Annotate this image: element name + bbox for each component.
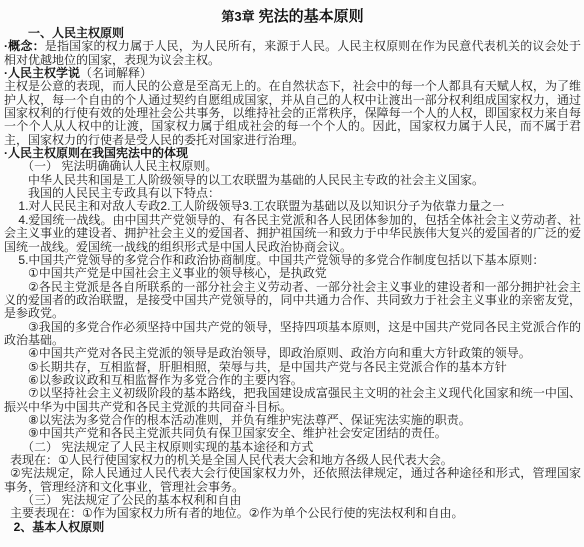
principle-item-9: ⑨中国共产党和各民主党派共同负有保卫国家安全、维护社会安定团结的责任。 bbox=[4, 427, 581, 440]
feature-items-1-3: 1.对人民民主和对敌人专政2.工人阶级领导3.工农联盟为基础以及以知识分子为依靠… bbox=[4, 200, 581, 213]
text-run: ·概念： bbox=[4, 39, 45, 53]
sub-heading-2: （二） 宪法规定了人民主权原则实现的基本途径和方式 bbox=[4, 441, 581, 454]
text-run: 2、基本人权原则 bbox=[14, 520, 105, 534]
concept-definition: ·概念：是指国家的权力属于人民，为人民所有，来源于人民。人民主权原则在作为民意代… bbox=[4, 40, 581, 67]
text-run: 1.对人民民主和对敌人专政2.工人阶级领导3.工农联盟为基础以及以知识分子为依靠… bbox=[18, 199, 504, 213]
text-run: ②宪法规定，除人民通过人民代表大会行使国家权力外，还依照法律规定，通过各种途径和… bbox=[4, 466, 581, 493]
principle-item-2: ②各民主党派是各自所联系的一部分社会主义劳动者、一部分社会主义事业的建设者和一部… bbox=[4, 281, 581, 321]
text-run: 表现在：①人民行使国家权力的机关是全国人民代表大会和地方各级人民代表大会。 bbox=[10, 453, 453, 467]
text-run: 一、人民主权原则 bbox=[28, 26, 124, 40]
text-run: 4.爱国统一战线。由中国共产党领导的、有各民主党派和各人民团体参加的，包括全体社… bbox=[4, 213, 581, 254]
text-run: 中华人民共和国是工人阶级领导的以工农联盟为基础的人民民主专政的社会主义国家。 bbox=[28, 173, 484, 187]
text-run: ①中国共产党是中国社会主义事业的领导核心，是执政党 bbox=[28, 266, 327, 280]
ways-item-2: ②宪法规定，除人民通过人民代表大会行使国家权力外，还依照法律规定，通过各种途径和… bbox=[4, 467, 581, 494]
rights-summary: 主要表现在：①作为国家权力所有者的地位。②作为单个公民行使的宪法权利和自由。 bbox=[4, 507, 581, 520]
text-run: ·人民主权学说 bbox=[4, 66, 80, 80]
principle-item-7: ⑦以坚持社会主义初级阶段的基本路线，把我国建设成富强民主文明的社会主义现代化国家… bbox=[4, 387, 581, 414]
sovereignty-theory-body: 主权是公意的表现，而人民的公意是至高无上的。在自然状态下，社会中的每一个人都具有… bbox=[4, 80, 581, 147]
text-run: ⑤长期共存，互相监督，肝胆相照，荣辱与共，是中国共产党与各民主党派合作的基本方针 bbox=[28, 360, 507, 374]
text-run: 是指国家的权力属于人民，为人民所有，来源于人民。人民主权原则在作为民意代表机关的… bbox=[4, 39, 581, 66]
chapter-number: 第3章 bbox=[221, 9, 254, 24]
text-run: ③我国的多党合作必须坚持中国共产党的领导，坚持四项基本原则，这是中国共产党同各民… bbox=[4, 320, 581, 347]
chapter-title-text: 宪法的基本原则 bbox=[259, 8, 364, 25]
text-run: ⑦以坚持社会主义初级阶段的基本路线，把我国建设成富强民主文明的社会主义现代化国家… bbox=[4, 386, 581, 413]
text-run: 主要表现在：①作为国家权力所有者的地位。②作为单个公民行使的宪法权利和自由。 bbox=[10, 506, 464, 520]
document-body: 一、人民主权原则·概念：是指国家的权力属于人民，为人民所有，来源于人民。人民主权… bbox=[4, 27, 581, 534]
text-run: ·人民主权原则在我国宪法中的体现 bbox=[4, 146, 188, 160]
text-run: （二） 宪法规定了人民主权原则实现的基本途径和方式 bbox=[22, 440, 313, 454]
text-run: ⑨中国共产党和各民主党派共同负有保卫国家安全、维护社会安定团结的责任。 bbox=[28, 426, 447, 440]
text-run: （名词解释） bbox=[80, 66, 152, 80]
feature-item-4: 4.爱国统一战线。由中国共产党领导的、有各民主党派和各人民团体参加的，包括全体社… bbox=[4, 214, 581, 254]
principle-item-5: ⑤长期共存，互相监督，肝胆相照，荣辱与共，是中国共产党与各民主党派合作的基本方针 bbox=[4, 361, 581, 374]
text-run: ⑧以宪法为多党合作的根本活动准则，并负有维护宪法尊严、保证宪法实施的职责。 bbox=[28, 413, 471, 427]
text-run: 主权是公意的表现，而人民的公意是至高无上的。在自然状态下，社会中的每一个人都具有… bbox=[4, 79, 581, 146]
text-run: 5.中国共产党领导的多党合作和政治协商制度。中国共产党领导的多党合作制度包括以下… bbox=[18, 253, 544, 267]
text-run: ④中国共产党对各民主党派的领导是政治领导，即政治原则、政治方向和重大方针政策的领… bbox=[28, 346, 531, 360]
text-run: ②各民主党派是各自所联系的一部分社会主义劳动者、一部分社会主义事业的建设者和一部… bbox=[4, 280, 581, 321]
principle-item-1: ①中国共产党是中国社会主义事业的领导核心，是执政党 bbox=[4, 267, 581, 280]
principle-item-4: ④中国共产党对各民主党派的领导是政治领导，即政治原则、政治方向和重大方针政策的领… bbox=[4, 347, 581, 360]
principle-item-3: ③我国的多党合作必须坚持中国共产党的领导，坚持四项基本原则，这是中国共产党同各民… bbox=[4, 321, 581, 348]
section-2-heading: 2、基本人权原则 bbox=[4, 521, 581, 534]
text-run: （一） 宪法明确确认人民主权原则。 bbox=[22, 159, 217, 173]
document-page: 第3章宪法的基本原则 一、人民主权原则·概念：是指国家的权力属于人民，为人民所有… bbox=[0, 0, 584, 547]
text-run: ⑥以参政议政和互相监督作为多党合作的主要内容。 bbox=[28, 373, 303, 387]
chapter-title: 第3章宪法的基本原则 bbox=[4, 2, 581, 25]
sub-heading-1: （一） 宪法明确确认人民主权原则。 bbox=[4, 160, 581, 173]
text-run: （三） 宪法规定了公民的基本权利和自由 bbox=[22, 493, 241, 507]
